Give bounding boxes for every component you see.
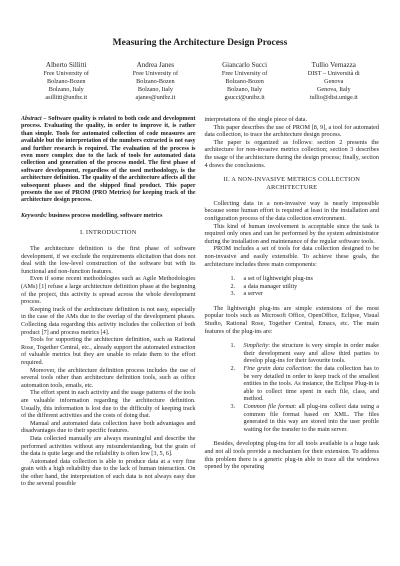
list-item: 3. a server [231,290,380,298]
list-item-text: a server [244,290,380,298]
section-heading-line-1: II. A NON-INVASIVE METRICS COLLECTION [205,176,380,184]
keywords-label: Keywords: [21,213,47,219]
paragraph: Moreover, the architecture definition pr… [21,367,196,390]
paragraph: PROM includes a set of tools for data co… [205,245,380,268]
author-name: Alberto Sillitti [24,61,108,70]
list-item-text: Common file format: all plug-ins collect… [244,403,380,433]
components-list: 1. a set of lightweight plug-ins 2. a da… [205,275,380,298]
paragraph: The paper is organized as follows: secti… [205,139,380,169]
author-block-4: Tullio Vernazza DIST – Università di Gen… [292,61,376,102]
author-email: tullio@dist.unige.it [292,94,376,102]
list-item-number: 2. [231,283,244,291]
list-item-lead: Simplicity [244,342,269,349]
abstract-label: Abstract [21,116,42,122]
list-item: 2. a data manager utility [231,283,380,291]
paragraph: This paper describes the use of PROM [8,… [205,124,380,139]
abstract-text: – Software quality is related to both co… [21,116,196,203]
author-affiliation-line: Bolzano, Italy [24,86,108,94]
paragraph: Collecting data in a non-invasive way is… [205,200,380,223]
list-item-number: 3. [231,403,244,433]
two-column-body: Abstract – Software quality is related t… [0,116,400,488]
author-affiliation-line: Genova, Italy [292,86,376,94]
list-item-lead: Fine grain data collection [244,365,311,372]
paragraph: Automated data collection is able to pro… [21,458,196,488]
author-affiliation-line: Bolzano-Bozen [24,78,108,86]
paragraph: This kind of human involvement is accept… [205,223,380,246]
author-affiliation-line: Genova [292,78,376,86]
author-email: asillitti@unibz.it [24,94,108,102]
list-item: 2. Fine grain data collection: the data … [231,365,380,403]
author-affiliation-line: Bolzano, Italy [202,86,286,94]
author-name: Tullio Vernazza [292,61,376,70]
paragraph: Even if some recent methodologies such a… [21,275,196,305]
author-block-2: Andrea Janes Free University of Bolzano-… [113,61,197,102]
right-column: interpretations of the single piece of d… [205,116,380,488]
author-name: Giancarlo Succi [202,61,286,70]
abstract: Abstract – Software quality is related t… [21,116,196,205]
list-item-text: Simplicity: the structure is very simple… [244,342,380,365]
features-list: 1. Simplicity: the structure is very sim… [205,342,380,433]
paragraph: The lightweight plug-ins are simple exte… [205,305,380,335]
section-heading-architecture: II. A NON-INVASIVE METRICS COLLECTION AR… [205,176,380,192]
list-item-text: a set of lightweight plug-ins [244,275,380,283]
paragraph: Tools for supporting the architecture de… [21,336,196,366]
list-item-number: 2. [231,365,244,403]
author-affiliation-line: Bolzano-Bozen [202,78,286,86]
list-item-number: 1. [231,275,244,283]
list-item-number: 3. [231,290,244,298]
author-affiliation-line: Free University of [24,70,108,78]
list-item: 1. Simplicity: the structure is very sim… [231,342,380,365]
author-row: Alberto Sillitti Free University of Bolz… [0,61,400,102]
section-heading-line-2: ARCHITECTURE [205,184,380,192]
paper-page: Measuring the Architecture Design Proces… [0,0,400,566]
paragraph: The architecture definition is the first… [21,245,196,275]
paragraph: The effort spent in each activity and th… [21,389,196,419]
list-item: 1. a set of lightweight plug-ins [231,275,380,283]
author-affiliation-line: Free University of [113,70,197,78]
paragraph: interpretations of the single piece of d… [205,116,380,124]
paragraph: Keeping track of the architecture defini… [21,306,196,336]
paragraph: Manual and automated data collection hav… [21,420,196,435]
paragraph: Data collected manually are always meani… [21,435,196,458]
author-email: ajanes@unibz.it [113,94,197,102]
author-affiliation-line: Free University of [202,70,286,78]
list-item: 3. Common file format: all plug-ins coll… [231,403,380,433]
list-item-lead: Common file format [244,403,295,410]
author-block-3: Giancarlo Succi Free University of Bolza… [202,61,286,102]
list-item-text: Fine grain data collection: the data col… [244,365,380,403]
author-block-1: Alberto Sillitti Free University of Bolz… [24,61,108,102]
keywords: Keywords: business process modelling, so… [21,213,196,220]
author-affiliation-line: DIST – Università di [292,70,376,78]
author-email: gsucci@unibz.it [202,94,286,102]
list-item-number: 1. [231,342,244,365]
author-affiliation-line: Bolzano-Bozen [113,78,197,86]
paragraph: Besides, developing plug-ins for all too… [205,440,380,470]
author-affiliation-line: Bolzano, Italy [113,86,197,94]
list-item-text: a data manager utility [244,283,380,291]
paper-title: Measuring the Architecture Design Proces… [30,38,370,49]
author-name: Andrea Janes [113,61,197,70]
section-heading-introduction: I. INTRODUCTION [21,229,196,237]
keywords-text: business process modelling, software met… [47,213,162,219]
left-column: Abstract – Software quality is related t… [21,116,196,488]
